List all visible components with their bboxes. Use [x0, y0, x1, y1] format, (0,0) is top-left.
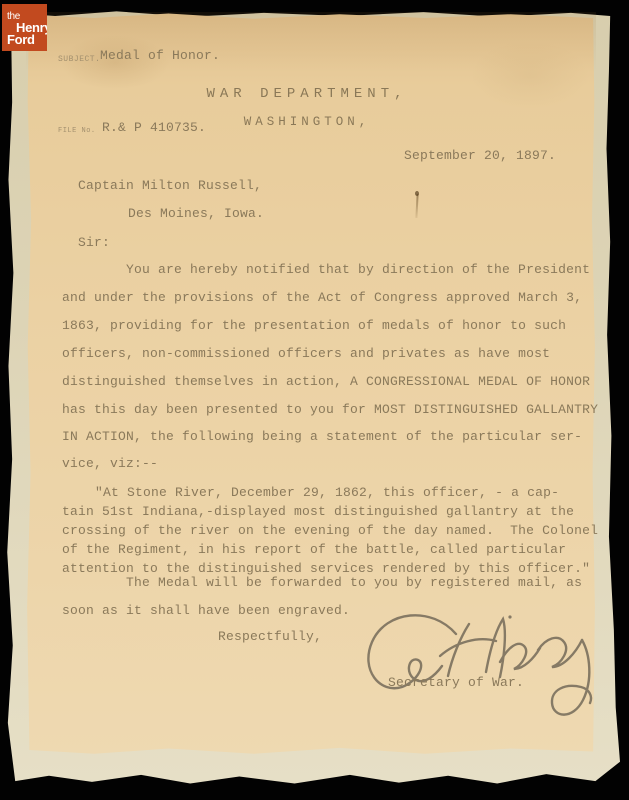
file-number-label: FILE No.	[58, 127, 96, 135]
body-line: vice, viz:--	[62, 457, 158, 471]
citation-line: tain 51st Indiana,-displayed most distin…	[62, 505, 574, 519]
body-line: has this day been presented to you for M…	[62, 403, 598, 417]
body-line: officers, non-commissioned officers and …	[62, 347, 550, 361]
file-number: R.& P 410735.	[102, 121, 206, 135]
paper-scratch-dot	[415, 191, 419, 196]
body-line: You are hereby notified that by directio…	[126, 263, 590, 277]
recipient-name: Captain Milton Russell,	[78, 179, 262, 193]
letter-date: September 20, 1897.	[404, 149, 556, 163]
citation-line: attention to the distinguished services …	[62, 562, 590, 576]
citation-line: crossing of the river on the evening of …	[62, 524, 598, 538]
citation-line: of the Regiment, in his report of the ba…	[62, 543, 566, 557]
signoff: Respectfully,	[218, 630, 322, 644]
body-line: and under the provisions of the Act of C…	[62, 291, 582, 305]
logo-word-ford: Ford	[7, 32, 35, 47]
body-line: IN ACTION, the following being a stateme…	[62, 430, 582, 444]
recipient-city: Des Moines, Iowa.	[128, 207, 264, 221]
body-line: distinguished themselves in action, A CO…	[62, 375, 590, 389]
scanned-letter-page: SUBJECT. Medal of Honor. WAR DEPARTMENT,…	[0, 0, 629, 800]
closing-line: soon as it shall have been engraved.	[62, 604, 350, 618]
subject-text: Medal of Honor.	[100, 49, 220, 63]
subject-label: SUBJECT.	[58, 55, 100, 64]
citation-line: "At Stone River, December 29, 1862, this…	[95, 486, 559, 500]
signature-title: Secretary of War.	[388, 676, 524, 690]
letterhead-department: WAR DEPARTMENT,	[0, 86, 614, 102]
body-line: 1863, providing for the presentation of …	[62, 319, 566, 333]
closing-line: The Medal will be forwarded to you by re…	[126, 576, 582, 590]
secretary-signature-icon	[352, 600, 610, 738]
salutation: Sir:	[78, 236, 110, 250]
henry-ford-logo: the Henry Ford	[2, 4, 47, 51]
